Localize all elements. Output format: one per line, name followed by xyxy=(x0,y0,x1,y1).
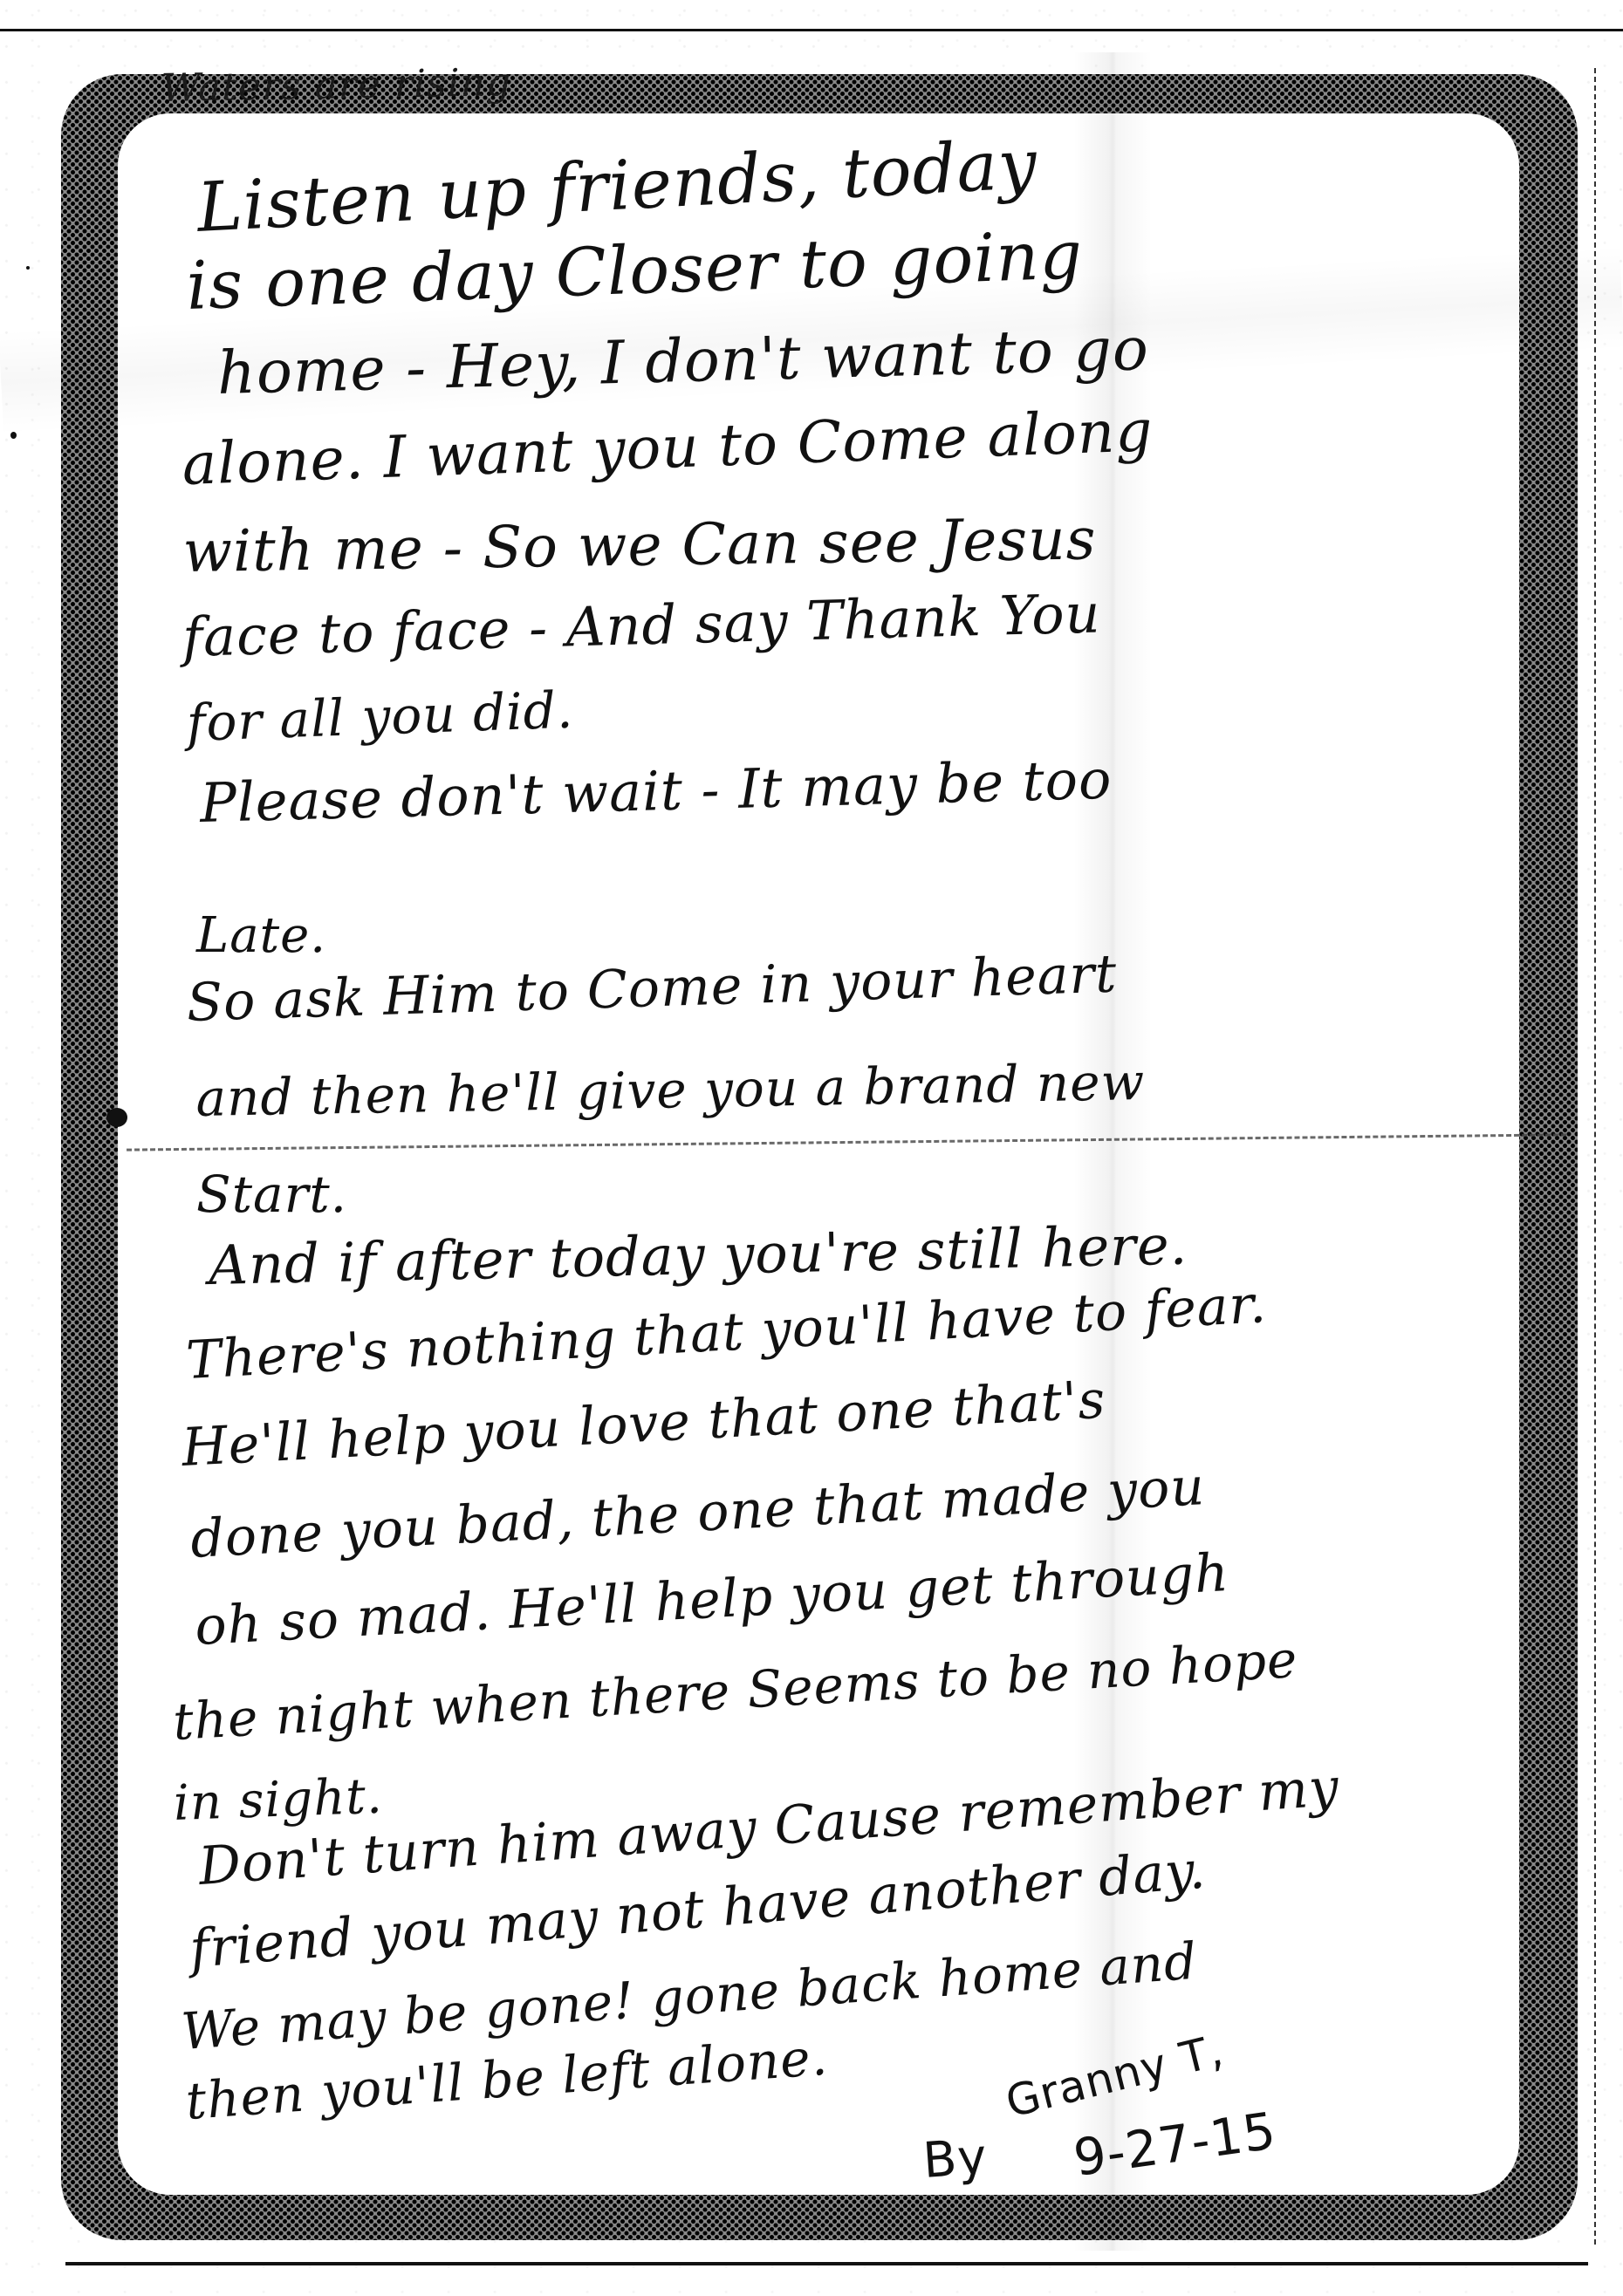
ink-speck xyxy=(10,432,17,439)
poem-line: and then he'll give you a brand new xyxy=(195,1056,1146,1124)
ink-mark xyxy=(106,1108,127,1127)
bottom-rule xyxy=(65,2262,1588,2265)
poem-line: Late. xyxy=(196,912,326,960)
signature-by: By xyxy=(921,2133,989,2186)
poem-line: in sight. xyxy=(173,1773,383,1828)
poem-line: Start. xyxy=(196,1169,347,1220)
top-rule xyxy=(0,29,1623,31)
poem-line: with me - So we Can see Jesus xyxy=(182,510,1097,581)
ink-speck xyxy=(26,266,30,270)
poem-title: Waters are rising xyxy=(161,64,511,108)
poem-line: for all you did. xyxy=(186,685,574,748)
perforated-edge xyxy=(1594,68,1596,2245)
